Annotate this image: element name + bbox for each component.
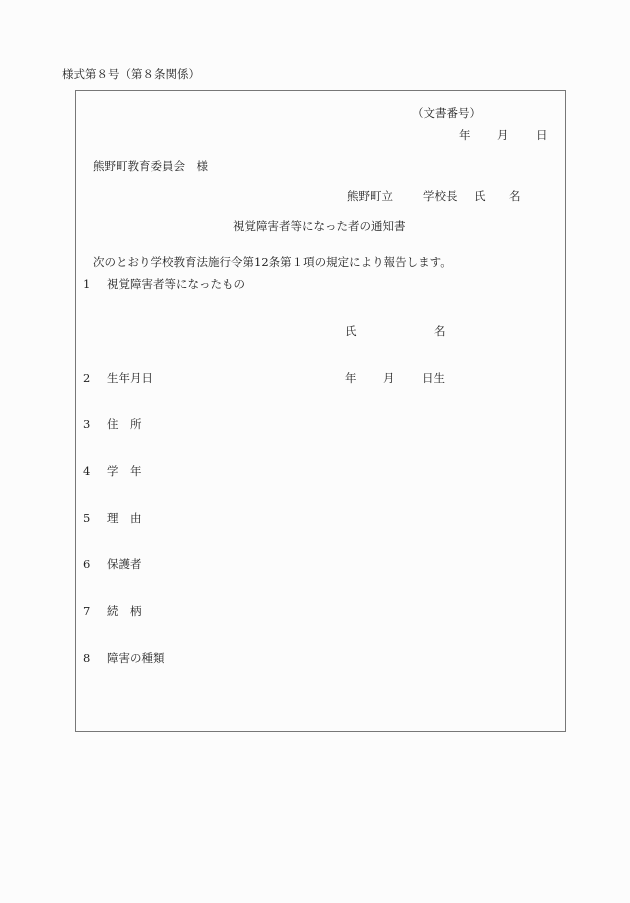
- item-label-birthdate: 生年月日: [107, 371, 153, 385]
- birth-year: 年: [345, 371, 357, 385]
- sender-school: 熊野町立: [347, 189, 393, 203]
- item-number: 2: [83, 371, 90, 385]
- item-label-grade: 学 年: [107, 464, 142, 478]
- date-month: 月: [497, 128, 509, 142]
- birth-month: 月: [383, 371, 395, 385]
- item-number: 4: [83, 464, 90, 478]
- birth-day: 日生: [422, 371, 445, 385]
- document-title: 視覚障害者等になった者の通知書: [233, 219, 406, 233]
- document-number: （文書番号）: [412, 106, 481, 120]
- item-number: 3: [83, 417, 90, 431]
- intro-text: 次のとおり学校教育法施行令第12条第１項の規定により報告します。: [93, 255, 452, 269]
- item-label-disability-type: 障害の種類: [107, 651, 165, 665]
- item-number: 1: [83, 277, 90, 291]
- date-day: 日: [536, 128, 548, 142]
- item-number: 8: [83, 651, 90, 665]
- form-label: 様式第８号（第８条関係）: [62, 67, 200, 81]
- subject-name-given: 名: [434, 324, 446, 338]
- item-number: 7: [83, 604, 90, 618]
- date-year: 年: [459, 128, 471, 142]
- item-label-guardian: 保護者: [107, 557, 142, 571]
- item-label-relationship: 続 柄: [107, 604, 142, 618]
- item-number: 6: [83, 557, 90, 571]
- notification-form: [75, 90, 566, 732]
- sender-name-given: 名: [509, 189, 521, 203]
- subject-name-surname: 氏: [345, 324, 357, 338]
- addressee: 熊野町教育委員会 様: [93, 159, 208, 173]
- item-label-reason: 理 由: [107, 511, 142, 525]
- item-label-subject: 視覚障害者等になったもの: [107, 277, 245, 291]
- item-number: 5: [83, 511, 90, 525]
- sender-name-surname: 氏: [474, 189, 486, 203]
- item-label-address: 住 所: [107, 417, 142, 431]
- sender-principal: 学校長: [423, 189, 458, 203]
